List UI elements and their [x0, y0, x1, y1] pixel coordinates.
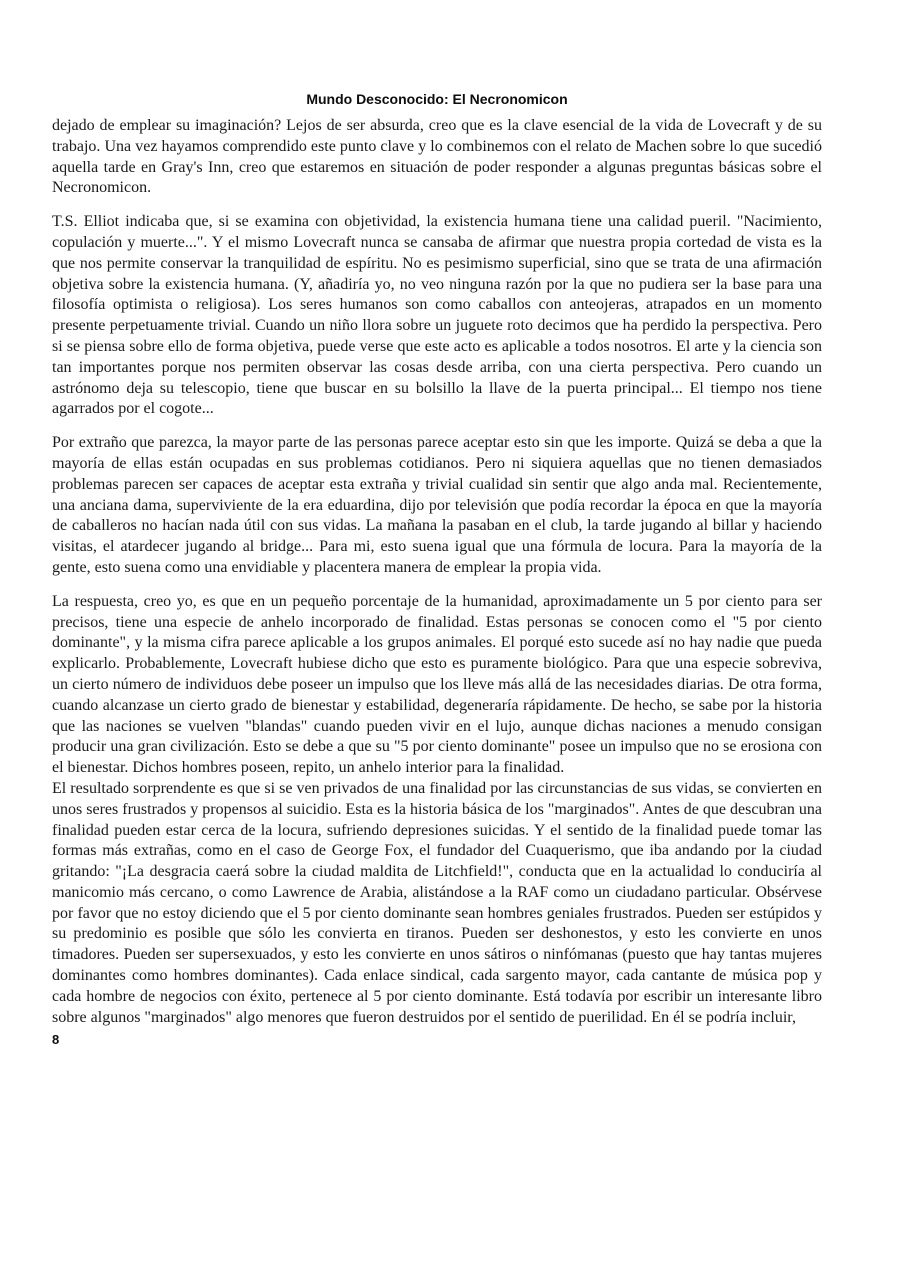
paragraph: dejado de emplear su imaginación? Lejos …: [52, 116, 822, 199]
paragraph: El resultado sorprendente es que si se v…: [52, 779, 822, 1029]
page-title: Mundo Desconocido: El Necronomicon: [52, 92, 822, 107]
paragraph: Por extraño que parezca, la mayor parte …: [52, 433, 822, 579]
page-number: 8: [52, 1032, 822, 1047]
paragraph: La respuesta, creo yo, es que en un pequ…: [52, 592, 822, 779]
document-page: Mundo Desconocido: El Necronomicon dejad…: [0, 0, 905, 1280]
paragraph: T.S. Elliot indicaba que, si se examina …: [52, 212, 822, 420]
document-body: dejado de emplear su imaginación? Lejos …: [52, 116, 822, 1028]
